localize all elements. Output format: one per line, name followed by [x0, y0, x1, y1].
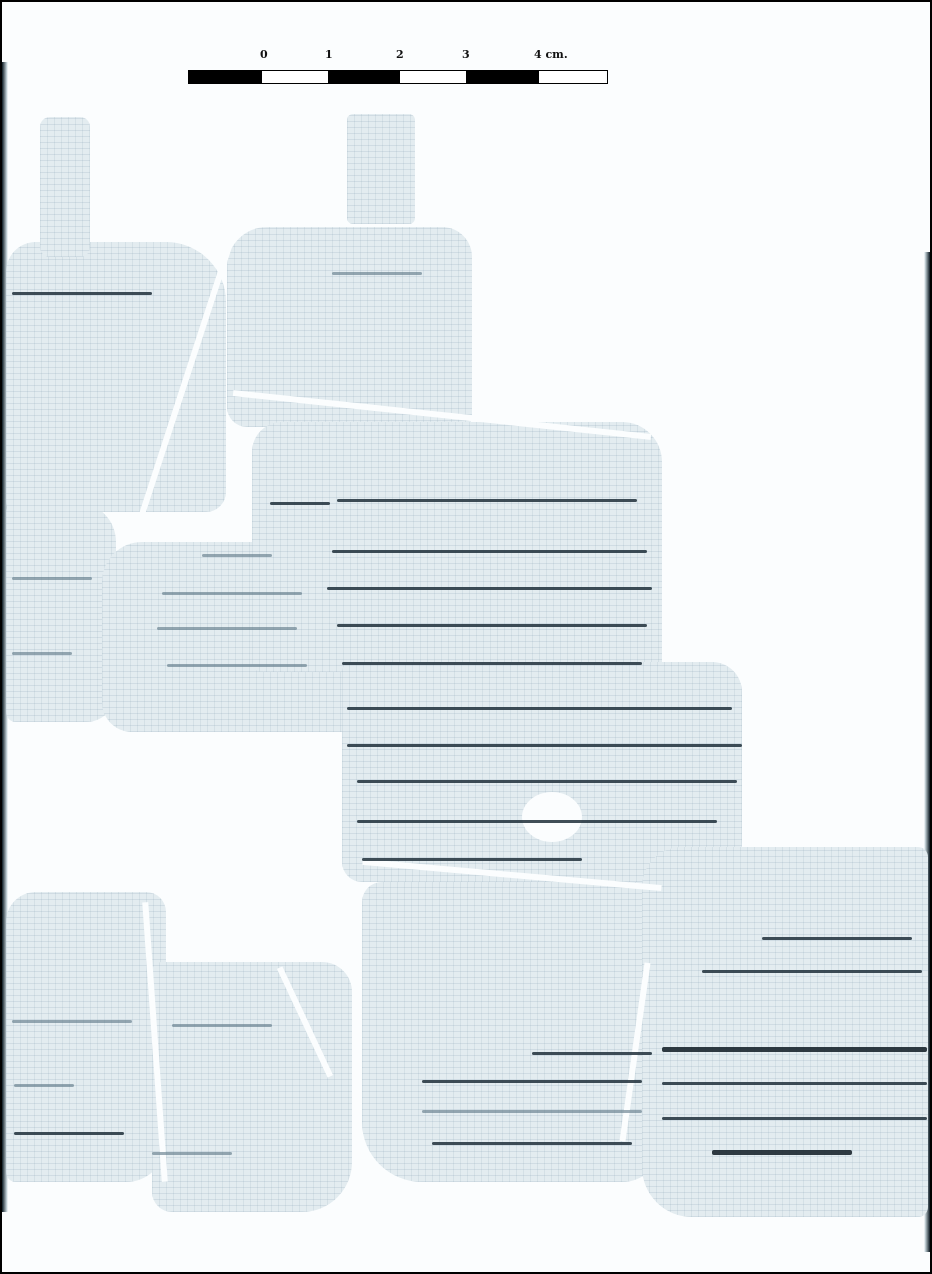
handwriting-line: [662, 1082, 927, 1085]
handwriting-line: [167, 664, 307, 667]
handwriting-line: [702, 970, 922, 973]
papyrus-fragment-top-center-strip: [347, 114, 415, 224]
handwriting-line: [12, 577, 92, 580]
centimeter-scale-bar: 0 1 2 3 4 cm.: [188, 44, 608, 88]
handwriting-line: [422, 1080, 642, 1083]
handwriting-line: [712, 1150, 852, 1155]
handwriting-line: [157, 627, 297, 630]
handwriting-line: [162, 592, 302, 595]
papyrus-fragment-mid-left: [6, 502, 116, 722]
papyrus-fragment-upper-left: [6, 242, 226, 512]
handwriting-line: [270, 502, 330, 505]
handwriting-line: [14, 1132, 124, 1135]
handwriting-line: [172, 1024, 272, 1027]
scale-segment-white: [262, 71, 328, 83]
handwriting-line: [342, 662, 642, 665]
scale-segment-black: [466, 71, 539, 83]
handwriting-line: [532, 1052, 652, 1055]
handwriting-line: [12, 652, 72, 655]
handwriting-line: [332, 272, 422, 275]
handwriting-line: [357, 780, 737, 783]
scale-segment-black: [189, 71, 262, 83]
handwriting-line: [337, 624, 647, 627]
crack: [522, 792, 582, 842]
papyrus-fragment-bottom-center: [362, 882, 662, 1182]
scale-segment-white: [400, 71, 466, 83]
handwriting-line: [202, 554, 272, 557]
handwriting-line: [12, 1020, 132, 1023]
papyrus-fragment-bottom-right: [642, 847, 928, 1217]
scale-labels: 0 1 2 3 4 cm.: [188, 48, 608, 64]
handwriting-line: [362, 858, 582, 861]
scale-label-3: 3: [462, 48, 470, 61]
scale-segment-black: [328, 71, 400, 83]
handwriting-line: [347, 744, 742, 747]
scale-segment-white: [539, 71, 605, 83]
handwriting-line: [662, 1047, 927, 1052]
scale-label-1: 1: [325, 48, 333, 61]
handwriting-line: [332, 550, 647, 553]
handwriting-line: [662, 1117, 927, 1120]
handwriting-line: [14, 1084, 74, 1087]
handwriting-line: [432, 1142, 632, 1145]
papyrus-fragment-bottom-left: [6, 892, 166, 1182]
handwriting-line: [327, 587, 652, 590]
papyrus-fragment-top-left-strip: [40, 117, 90, 257]
handwriting-line: [337, 499, 637, 502]
papyrus-fragment-bottom-left-center: [152, 962, 352, 1212]
handwriting-line: [347, 707, 732, 710]
scale-label-0: 0: [260, 48, 268, 61]
handwriting-line: [357, 820, 717, 823]
handwriting-line: [152, 1152, 232, 1155]
handwriting-line: [762, 937, 912, 940]
scale-label-2: 2: [396, 48, 404, 61]
handwriting-line: [422, 1110, 642, 1113]
photograph-frame: 0 1 2 3 4 cm.: [0, 0, 932, 1274]
scale-segments: [188, 70, 608, 84]
papyrus-fragment-main-central: [252, 422, 662, 672]
handwriting-line: [12, 292, 152, 295]
scale-label-4cm: 4 cm.: [534, 48, 568, 61]
